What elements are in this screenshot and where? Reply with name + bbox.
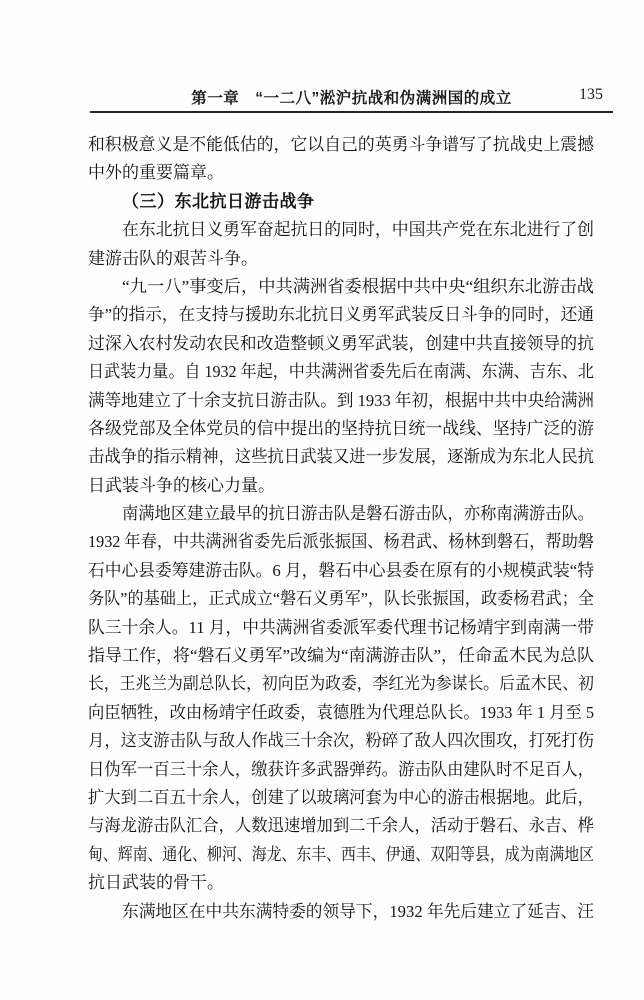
text-line-content: 各级党部及全体党员的信中提出的坚持抗日统一战线、坚持广泛的游	[88, 415, 594, 443]
text-line: “九一八”事变后，中共满洲省委根据中共中央“组织东北游击战	[88, 273, 594, 301]
section-heading: （三）东北抗日游击战争	[88, 188, 594, 216]
text-line: 争”的指示，在支持与援助东北抗日义勇军武装反日斗争的同时，还通	[88, 301, 594, 329]
text-line: 日武装斗争的核心力量。	[88, 472, 594, 500]
text-line-content: 东满地区在中共东满特委的领导下，1932 年先后建立了延吉、汪	[122, 898, 594, 926]
text-line-content: 甸、辉南、通化、柳河、海龙、东丰、西丰、伊通、双阳等县，成为南满地区	[88, 841, 594, 869]
text-line-content: 石中心县委筹建游击队。6 月，磐石中心县委在原有的小规模武装“特	[88, 557, 594, 585]
text-line-content: 争”的指示，在支持与援助东北抗日义勇军武装反日斗争的同时，还通	[88, 301, 594, 329]
text-line-content: 建游击队的艰苦斗争。	[88, 245, 258, 273]
text-line: 和积极意义是不能低估的，它以自己的英勇斗争谱写了抗战史上震撼	[88, 131, 594, 159]
header-rule	[90, 111, 613, 113]
text-line-content: 日伪军一百三十余人，缴获许多武器弹药。游击队由建队时不足百人，	[88, 756, 594, 784]
page-number: 135	[579, 86, 603, 104]
text-line: 长，王兆兰为副总队长，初向臣为政委，李红光为参谋长。后孟木民、初	[88, 670, 594, 698]
text-line-content: 过深入农村发动农民和改造整顿义勇军武装，创建中共直接领导的抗	[88, 330, 594, 358]
text-line-content: 和积极意义是不能低估的，它以自己的英勇斗争谱写了抗战史上震撼	[88, 131, 594, 159]
text-line: 东满地区在中共东满特委的领导下，1932 年先后建立了延吉、汪	[88, 898, 594, 926]
text-line: 指导工作，将“磐石义勇军”改编为“南满游击队”，任命孟木民为总队	[88, 642, 594, 670]
text-line: 中外的重要篇章。	[88, 159, 594, 187]
text-line-content: 在东北抗日义勇军奋起抗日的同时，中国共产党在东北进行了创	[122, 216, 594, 244]
text-line-content: 中外的重要篇章。	[88, 159, 224, 187]
text-line: 建游击队的艰苦斗争。	[88, 245, 594, 273]
text-line-content: 指导工作，将“磐石义勇军”改编为“南满游击队”，任命孟木民为总队	[88, 642, 594, 670]
text-line-content: 日武装力量。自 1932 年起，中共满洲省委先后在南满、东满、吉东、北	[88, 358, 594, 386]
page-header: 第一章 “一二八”淞沪抗战和伪满洲国的成立 135	[90, 86, 613, 110]
chapter-title: 第一章 “一二八”淞沪抗战和伪满洲国的成立	[90, 86, 613, 108]
text-line: 甸、辉南、通化、柳河、海龙、东丰、西丰、伊通、双阳等县，成为南满地区	[88, 841, 594, 869]
text-line-content: 1932 年春，中共满洲省委先后派张振国、杨君武、杨林到磐石，帮助磐	[88, 528, 594, 556]
text-line: 日伪军一百三十余人，缴获许多武器弹药。游击队由建队时不足百人，	[88, 756, 594, 784]
book-page: 第一章 “一二八”淞沪抗战和伪满洲国的成立 135 和积极意义是不能低估的，它以…	[0, 0, 644, 1000]
text-line: 过深入农村发动农民和改造整顿义勇军武装，创建中共直接领导的抗	[88, 330, 594, 358]
text-line: 抗日武装的骨干。	[88, 869, 594, 897]
text-line-content: “九一八”事变后，中共满洲省委根据中共中央“组织东北游击战	[122, 273, 594, 301]
text-line: 1932 年春，中共满洲省委先后派张振国、杨君武、杨林到磐石，帮助磐	[88, 528, 594, 556]
text-line: 与海龙游击队汇合，人数迅速增加到二千余人，活动于磐石、永吉、桦	[88, 812, 594, 840]
text-line-content: 月，这支游击队与敌人作战三十余次，粉碎了敌人四次围攻，打死打伤	[88, 727, 594, 755]
text-line: 击战争的指示精神，这些抗日武装又进一步发展，逐渐成为东北人民抗	[88, 443, 594, 471]
text-line: 队三十余人。11 月，中共满洲省委派军委代理书记杨靖宇到南满一带	[88, 614, 594, 642]
text-line: 满等地建立了十余支抗日游击队。到 1933 年初，根据中共中央给满洲	[88, 387, 594, 415]
text-line: 在东北抗日义勇军奋起抗日的同时，中国共产党在东北进行了创	[88, 216, 594, 244]
text-line: 南满地区建立最早的抗日游击队是磐石游击队，亦称南满游击队。	[88, 500, 594, 528]
text-line-content: 击战争的指示精神，这些抗日武装又进一步发展，逐渐成为东北人民抗	[88, 443, 594, 471]
text-line: 石中心县委筹建游击队。6 月，磐石中心县委在原有的小规模武装“特	[88, 557, 594, 585]
text-line: 扩大到二百五十余人，创建了以玻璃河套为中心的游击根据地。此后，	[88, 784, 594, 812]
text-line-content: 满等地建立了十余支抗日游击队。到 1933 年初，根据中共中央给满洲	[88, 387, 594, 415]
text-line-content: 南满地区建立最早的抗日游击队是磐石游击队，亦称南满游击队。	[122, 500, 594, 528]
text-line-content: 扩大到二百五十余人，创建了以玻璃河套为中心的游击根据地。此后，	[88, 784, 594, 812]
text-line: 日武装力量。自 1932 年起，中共满洲省委先后在南满、东满、吉东、北	[88, 358, 594, 386]
text-line-content: 向臣牺牲，改由杨靖宇任政委，袁德胜为代理总队长。1933 年 1 月至 5	[88, 699, 594, 727]
text-line: 向臣牺牲，改由杨靖宇任政委，袁德胜为代理总队长。1933 年 1 月至 5	[88, 699, 594, 727]
text-line-content: （三）东北抗日游击战争	[122, 188, 315, 216]
text-line-content: 务队”的基础上，正式成立“磐石义勇军”，队长张振国，政委杨君武；全	[88, 585, 594, 613]
body-text: 和积极意义是不能低估的，它以自己的英勇斗争谱写了抗战史上震撼中外的重要篇章。（三…	[88, 131, 594, 926]
text-line-content: 抗日武装的骨干。	[88, 869, 224, 897]
text-line-content: 队三十余人。11 月，中共满洲省委派军委代理书记杨靖宇到南满一带	[88, 614, 594, 642]
text-line-content: 长，王兆兰为副总队长，初向臣为政委，李红光为参谋长。后孟木民、初	[88, 670, 594, 698]
text-line-content: 与海龙游击队汇合，人数迅速增加到二千余人，活动于磐石、永吉、桦	[88, 812, 594, 840]
text-line: 月，这支游击队与敌人作战三十余次，粉碎了敌人四次围攻，打死打伤	[88, 727, 594, 755]
text-line: 各级党部及全体党员的信中提出的坚持抗日统一战线、坚持广泛的游	[88, 415, 594, 443]
text-line: 务队”的基础上，正式成立“磐石义勇军”，队长张振国，政委杨君武；全	[88, 585, 594, 613]
text-line-content: 日武装斗争的核心力量。	[88, 472, 275, 500]
